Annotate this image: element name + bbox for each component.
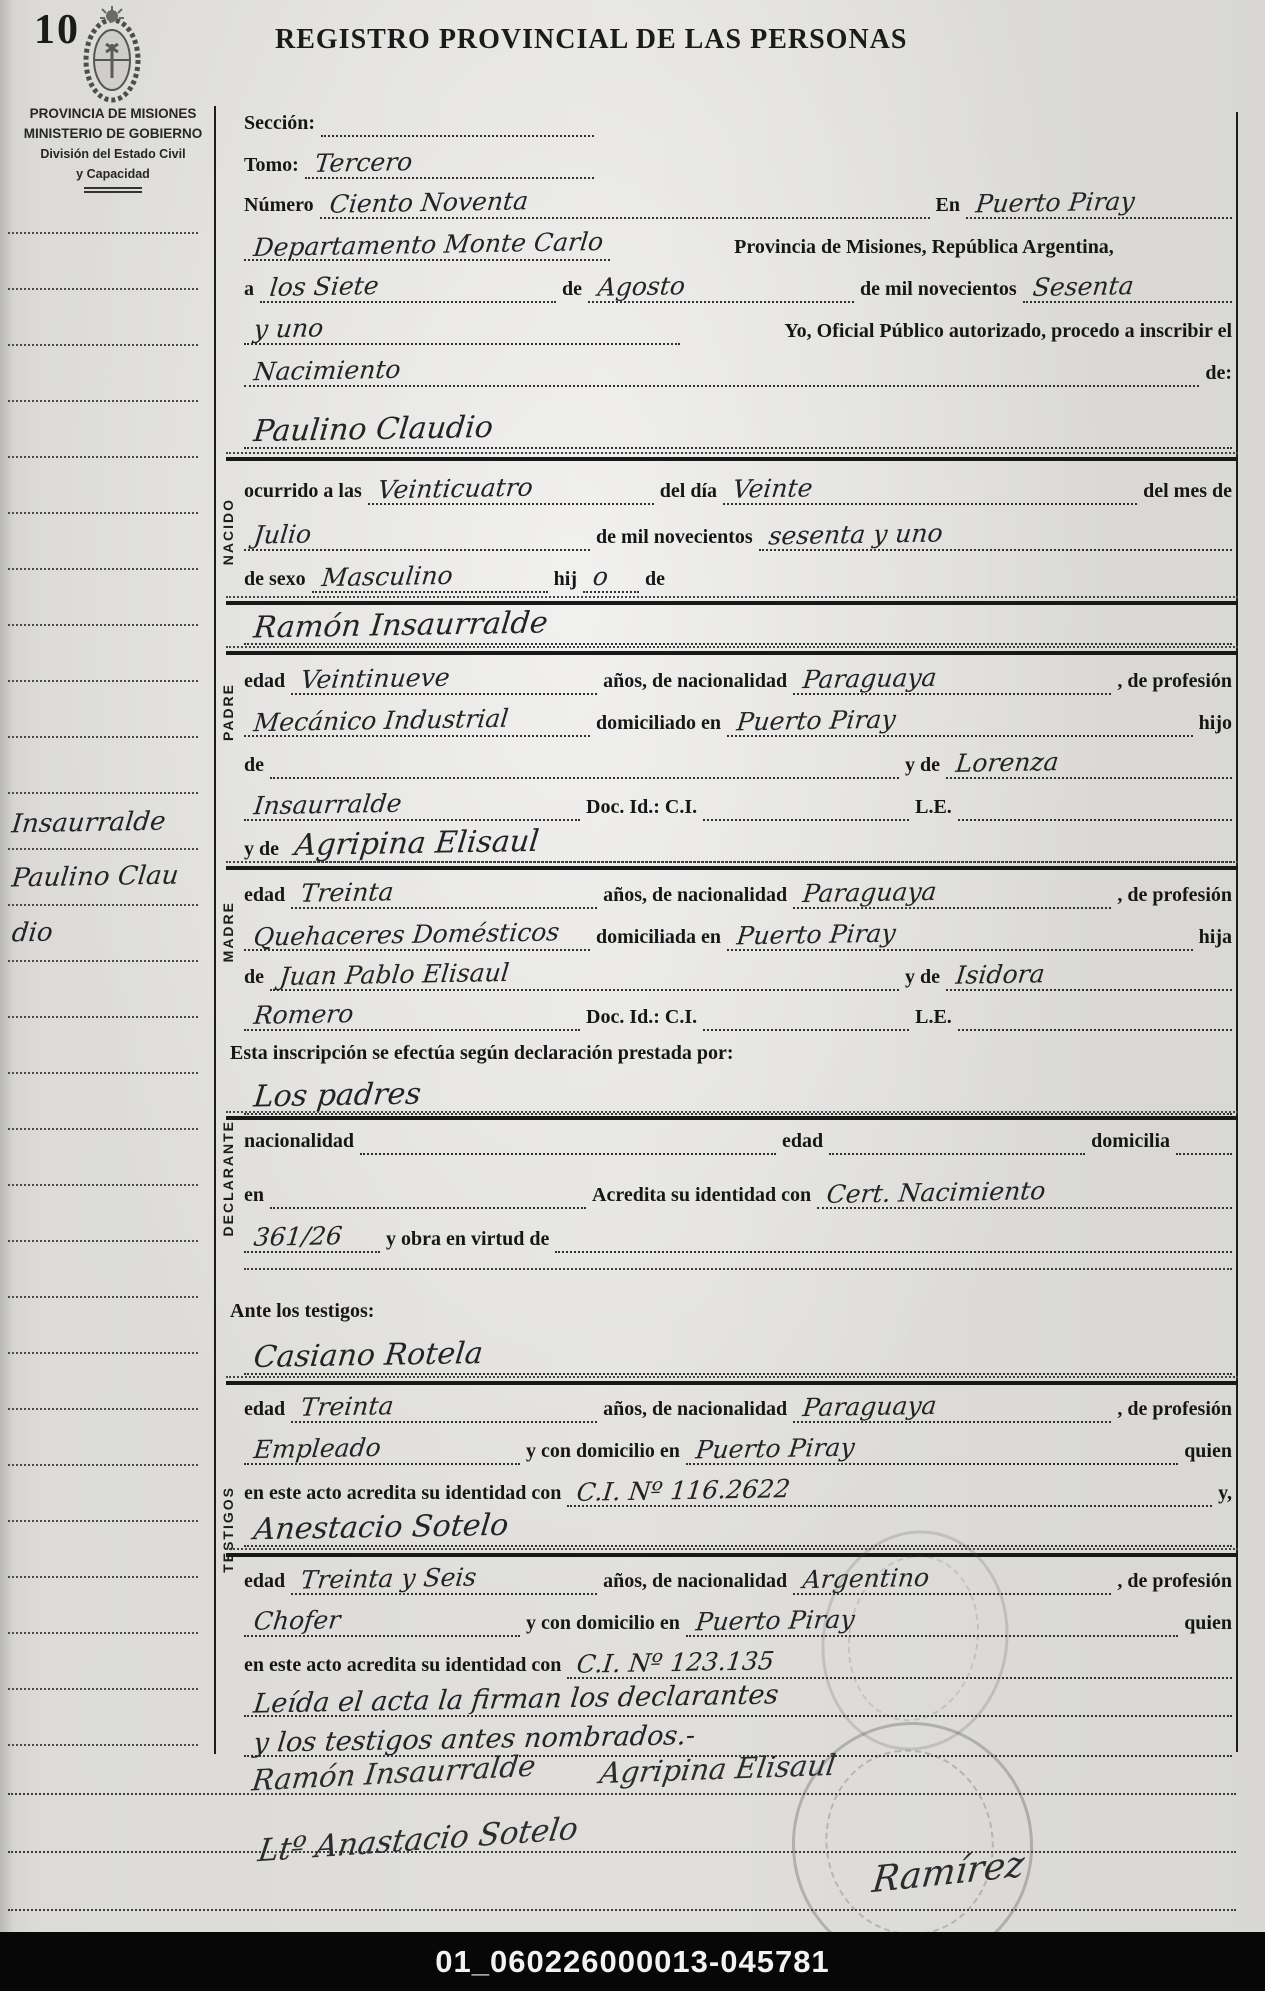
agency-line2: MINISTERIO DE GOBIERNO (18, 124, 208, 144)
provincia-label: Provincia de Misiones, República Argenti… (616, 236, 1232, 261)
testigo1-profesion-value: Empleado (252, 1433, 382, 1464)
scanned-birth-certificate: 10 REGISTRO PROVINCIAL DE LAS PERSONAS P… (0, 0, 1265, 1991)
testigo1-nacionalidad-label: años, de nacionalidad (603, 1398, 787, 1423)
field-row-padre-edad: edad Veintinueve años, de nacionalidad P… (244, 664, 1232, 695)
padre-edad-value: Veintinueve (299, 663, 451, 695)
field-row-testigo2-ci: en este acto acredita su identidad con C… (244, 1648, 1232, 1679)
lugar-value: Puerto Piray (974, 187, 1136, 219)
scan-footer-bar: 01_060226000013-045781 (0, 1932, 1265, 1991)
margin-ruled-line (8, 1520, 198, 1522)
padre-abuelo-blank (270, 777, 899, 779)
padre-le-label: L.E. (915, 796, 952, 821)
signature-madre: Agripina Elisaul (598, 1748, 838, 1790)
testigo2-quien-label: quien (1184, 1612, 1232, 1637)
field-row-sexo: de sexo Masculino hij o de (244, 562, 804, 593)
field-row-declarante-datos: nacionalidad edad domicilia (244, 1130, 1232, 1155)
decl-en-blank (270, 1207, 586, 1209)
field-row-padre-doc: Insaurralde Doc. Id.: C.I. L.E. (244, 790, 1232, 821)
dia-acta-value: los Siete (268, 271, 380, 302)
field-row-padre-abuelos: de y de Lorenza (244, 748, 1232, 779)
testigo2-domicilio-label: y con domicilio en (526, 1612, 680, 1637)
signature-ruled-line (8, 1793, 1236, 1795)
tomo-label: Tomo: (244, 154, 299, 179)
padre-yde-label: y de (905, 754, 940, 779)
name-divider (226, 1381, 1238, 1385)
margin-ruled-line (8, 960, 198, 962)
agency-block: PROVINCIA DE MISIONES MINISTERIO DE GOBI… (18, 104, 208, 193)
testigo1-quien-label: quien (1184, 1440, 1232, 1465)
margin-ruled-line (8, 456, 198, 458)
margin-ruled-line (8, 1240, 198, 1242)
section-label-testigos: TESTIGOS (214, 1334, 242, 1724)
acto-value: Nacimiento (252, 355, 402, 387)
decl-edad-blank (829, 1153, 1085, 1155)
mes-nac-value: Julio (252, 520, 312, 550)
testigo1-y-label: y, (1218, 1482, 1232, 1507)
field-row-fecha: a los Siete de Agosto de mil novecientos… (244, 272, 1232, 303)
madre-de-label: de (244, 966, 264, 991)
seccion-label: Sección: (244, 112, 315, 137)
inscripto-nombre-value: Paulino Claudio (252, 410, 495, 449)
padre-de-label: de (244, 754, 264, 779)
decl-numero-value: 361/26 (252, 1221, 343, 1252)
padre-abuela-value: Lorenza (954, 747, 1060, 778)
testigo2-ci-value: C.I. Nº 123.135 (576, 1646, 776, 1678)
section-label-declarante: DECLARANTE (214, 1078, 242, 1278)
field-row-padre-domicilio: Mecánico Industrial domiciliado en Puert… (244, 706, 1232, 737)
margin-ruled-line (8, 1016, 198, 1018)
decl-obra-label: y obra en virtud de (386, 1228, 549, 1253)
margin-ruled-line (8, 1184, 198, 1186)
madre-yde-label: y de (244, 838, 279, 863)
cierre-line1-value: Leída el acta la firman los declarantes (252, 1679, 780, 1719)
declarante-value: Los padres (252, 1077, 423, 1115)
del-dia-label: del día (660, 480, 717, 505)
madre-profesion-value: Quehaceres Domésticos (252, 917, 561, 951)
padre-edad-label: edad (244, 670, 285, 695)
mes-acta-value: Agosto (596, 271, 686, 302)
de-label: de (562, 278, 582, 303)
section-label-padre: PADRE (214, 606, 242, 818)
agency-underline (84, 187, 142, 193)
field-row-mes-anio: Julio de mil novecientos sesenta y uno (244, 520, 1232, 551)
field-row-testigo2-domicilio: Chofer y con domicilio en Puerto Piray q… (244, 1606, 1232, 1637)
field-row-cierre1: Leída el acta la firman los declarantes (244, 1684, 1232, 1717)
field-row-tomo: Tomo: Tercero (244, 148, 594, 179)
testigo1-domicilio-label: y con domicilio en (526, 1440, 680, 1465)
agency-line3: División del Estado Civil (18, 144, 208, 164)
margin-ruled-line (8, 848, 198, 850)
madre-nombre-value: Agripina Elisaul (293, 824, 541, 863)
field-row-testigo1-ci: en este acto acredita su identidad con C… (244, 1476, 1232, 1507)
madre-docid-label: Doc. Id.: C.I. (586, 1006, 697, 1031)
padre-le-blank (958, 819, 1232, 821)
madre-ci-blank (703, 1029, 909, 1031)
margin-ruled-line (8, 344, 198, 346)
margin-ruled-line (8, 680, 198, 682)
margin-ruled-line (8, 736, 198, 738)
padre-domiciliado-label: domiciliado en (596, 712, 721, 737)
margin-ruled-line (8, 512, 198, 514)
field-row-hora-dia: ocurrido a las Veinticuatro del día Vein… (244, 474, 1232, 505)
decl-obra-blank (555, 1251, 1232, 1253)
mil-novecientos-nac-label: de mil novecientos (596, 526, 753, 551)
testigo1-edad-value: Treinta (300, 1391, 396, 1422)
field-row-testigo2-nombre: Anestacio Sotelo (244, 1510, 1232, 1547)
hij-letter-value: o (591, 562, 609, 591)
field-row-numero: Número Ciento Noventa En Puerto Piray (244, 188, 1232, 219)
margin-note-line1: Insaurralde (10, 807, 167, 840)
testigo2-profesion-value: Chofer (252, 1605, 342, 1636)
margin-ruled-line (8, 1128, 198, 1130)
name-divider (226, 1553, 1238, 1557)
field-row-anio2: y uno Yo, Oficial Público autorizado, pr… (244, 314, 1232, 345)
margin-ruled-line (8, 1296, 198, 1298)
madre-le-blank (958, 1029, 1232, 1031)
madre-domiciliada-label: domiciliada en (596, 926, 721, 951)
field-row-madre-edad: edad Treinta años, de nacionalidad Parag… (244, 878, 1232, 909)
sexo-label: de sexo (244, 568, 306, 593)
numero-label: Número (244, 194, 314, 219)
mil-novecientos-label: de mil novecientos (860, 278, 1017, 303)
declaracion-intro-label: Esta inscripción se efectúa según declar… (230, 1042, 734, 1065)
padre-nombre-value: Ramón Insaurralde (252, 605, 550, 645)
field-row-testigo2-edad: edad Treinta y Seis años, de nacionalida… (244, 1564, 1232, 1595)
margin-ruled-line (8, 1408, 198, 1410)
margin-ruled-line (8, 1464, 198, 1466)
field-row-madre-nombre: y de Agripina Elisaul (244, 826, 1232, 863)
decl-nacionalidad-blank (360, 1153, 776, 1155)
padre-profesion-value: Mecánico Industrial (252, 704, 510, 737)
hora-value: Veinticuatro (376, 473, 534, 505)
margin-ruled-line (8, 288, 198, 290)
madre-abuela-value: Isidora (954, 959, 1046, 990)
padre-domicilio-value: Puerto Piray (735, 705, 897, 737)
decl-acredita-value: Cert. Nacimiento (825, 1176, 1047, 1209)
hijo-de-label: de (645, 568, 665, 593)
testigo2-nacionalidad-label: años, de nacionalidad (603, 1570, 787, 1595)
agency-line1: PROVINCIA DE MISIONES (18, 104, 208, 124)
margin-note-line2: Paulino Clau (10, 861, 180, 894)
madre-abuela-apellido-value: Romero (252, 999, 355, 1030)
name-divider (226, 866, 1238, 870)
decl-domicilia-label: domicilia (1091, 1130, 1170, 1155)
madre-edad-value: Treinta (300, 877, 396, 908)
form-right-rule (1236, 112, 1238, 1752)
madre-nacionalidad-label: años, de nacionalidad (603, 884, 787, 909)
padre-ci-blank (703, 819, 909, 821)
madre-le-label: L.E. (915, 1006, 952, 1031)
hij-label: hij (554, 568, 577, 593)
section-label-nacido: NACIDO (214, 462, 242, 602)
field-row-testigo1-domicilio: Empleado y con domicilio en Puerto Piray… (244, 1434, 1232, 1465)
testigo1-profesion-label: , de profesión (1117, 1398, 1232, 1423)
testigo1-ci-value: C.I. Nº 116.2622 (576, 1474, 792, 1507)
field-row-declarante-identidad: en Acredita su identidad con Cert. Nacim… (244, 1178, 1232, 1209)
testigos-intro-label: Ante los testigos: (230, 1300, 374, 1323)
field-row-acto: Nacimiento de: (244, 356, 1232, 387)
field-row-testigo1-edad: edad Treinta años, de nacionalidad Parag… (244, 1392, 1232, 1423)
padre-docid-label: Doc. Id.: C.I. (586, 796, 697, 821)
margin-ruled-line (8, 568, 198, 570)
margin-ruled-line (8, 400, 198, 402)
madre-edad-label: edad (244, 884, 285, 909)
margin-ruled-line (8, 1688, 198, 1690)
padre-nacionalidad-value: Paraguaya (801, 663, 938, 694)
agency-line4: y Capacidad (18, 164, 208, 184)
numero-value: Ciento Noventa (328, 186, 529, 218)
departamento-value: Departamento Monte Carlo (252, 227, 605, 262)
testigo2-edad-value: Treinta y Seis (299, 1562, 478, 1594)
form-title: REGISTRO PROVINCIAL DE LAS PERSONAS (275, 24, 895, 56)
a-label: a (244, 278, 254, 303)
margin-note: dio (12, 918, 202, 948)
anio2-value: y uno (252, 313, 325, 343)
name-divider (226, 1116, 1238, 1120)
margin-note: Paulino Clau (12, 862, 202, 892)
decl-domicilia-blank (1176, 1153, 1232, 1155)
blank-ruled-line (244, 1268, 1232, 1270)
decl-edad-label: edad (782, 1130, 823, 1155)
document-reference-number: 01_060226000013-045781 (435, 1944, 829, 1980)
margin-ruled-line (8, 1576, 198, 1578)
testigo1-nombre-value: Casiano Rotela (252, 1336, 485, 1375)
testigo1-nacionalidad-value: Paraguaya (801, 1391, 938, 1422)
decl-nacionalidad-label: nacionalidad (244, 1130, 354, 1155)
sexo-value: Masculino (320, 561, 454, 592)
testigo2-profesion-label: , de profesión (1117, 1570, 1232, 1595)
margin-ruled-line (8, 1072, 198, 1074)
testigo1-domicilio-value: Puerto Piray (694, 1433, 856, 1465)
padre-profesion-label: , de profesión (1117, 670, 1232, 695)
margin-ruled-line (8, 1352, 198, 1354)
field-row-padre-nombre: Ramón Insaurralde (244, 608, 1232, 645)
madre-nacionalidad-value: Paraguaya (801, 877, 938, 908)
section-label-madre: MADRE (214, 822, 242, 1042)
field-row-madre-abuelos: de Juan Pablo Elisaul y de Isidora (244, 960, 1232, 991)
margin-ruled-line (8, 904, 198, 906)
testigo1-acto-label: en este acto acredita su identidad con (244, 1482, 561, 1507)
padre-nacionalidad-label: años, de nacionalidad (603, 670, 787, 695)
madre-profesion-label: , de profesión (1117, 884, 1232, 909)
decl-acredita-label: Acredita su identidad con (592, 1184, 811, 1209)
field-row-departamento: Departamento Monte Carlo Provincia de Mi… (244, 230, 1232, 261)
name-divider (226, 651, 1238, 655)
padre-abuela-apellido-value: Insaurralde (252, 789, 403, 821)
section-divider (226, 601, 1238, 605)
oficial-publico-label: Yo, Oficial Público autorizado, procedo … (686, 320, 1232, 345)
madre-hija-label: hija (1199, 926, 1232, 951)
madre-abuelo-value: Juan Pablo Elisaul (278, 958, 510, 991)
en-label: En (936, 194, 960, 219)
field-row-inscripto: Paulino Claudio (244, 412, 1232, 449)
testigo2-nombre-value: Anestacio Sotelo (252, 1508, 510, 1547)
de-colon-label: de: (1205, 362, 1232, 387)
seccion-value-blank (321, 135, 594, 137)
margin-ruled-line (8, 1744, 198, 1746)
page-number: 10 (34, 6, 80, 54)
decl-en-label: en (244, 1184, 264, 1209)
margin-ruled-line (8, 624, 198, 626)
ocurrido-label: ocurrido a las (244, 480, 362, 505)
field-row-madre-domicilio: Quehaceres Domésticos domiciliada en Pue… (244, 920, 1232, 951)
margin-ruled-line (8, 232, 198, 234)
signature-ruled-line (8, 1909, 1236, 1911)
tomo-value: Tercero (313, 147, 414, 178)
madre-domicilio-value: Puerto Piray (735, 919, 897, 951)
margin-ruled-line (8, 792, 198, 794)
field-row-testigo1-nombre: Casiano Rotela (244, 1338, 1232, 1375)
margin-note: Insaurralde (12, 808, 202, 838)
signature-testigo: Ltº Anastacio Sotelo (256, 1811, 581, 1870)
anio-acta-value: Sesenta (1031, 271, 1135, 302)
field-row-seccion: Sección: (244, 112, 594, 137)
testigo1-edad-label: edad (244, 1398, 285, 1423)
testigo2-acto-label: en este acto acredita su identidad con (244, 1654, 561, 1679)
signature-ruled-line (8, 1851, 1236, 1853)
margin-ruled-line (8, 1632, 198, 1634)
margin-note-line3: dio (10, 918, 54, 949)
del-mes-label: del mes de (1143, 480, 1232, 505)
section-divider (226, 457, 1238, 461)
field-row-declarante-obra: 361/26 y obra en virtud de (244, 1222, 1232, 1253)
dia-nac-value: Veinte (731, 473, 814, 503)
testigo2-edad-label: edad (244, 1570, 285, 1595)
padre-hijo-label: hijo (1199, 712, 1232, 737)
madre-yde2-label: y de (905, 966, 940, 991)
coat-of-arms-icon (78, 4, 146, 106)
anio-nac-value: sesenta y uno (767, 518, 944, 550)
field-row-madre-doc: Romero Doc. Id.: C.I. L.E. (244, 1000, 1232, 1031)
field-row-declarante: Los padres (244, 1078, 1232, 1115)
